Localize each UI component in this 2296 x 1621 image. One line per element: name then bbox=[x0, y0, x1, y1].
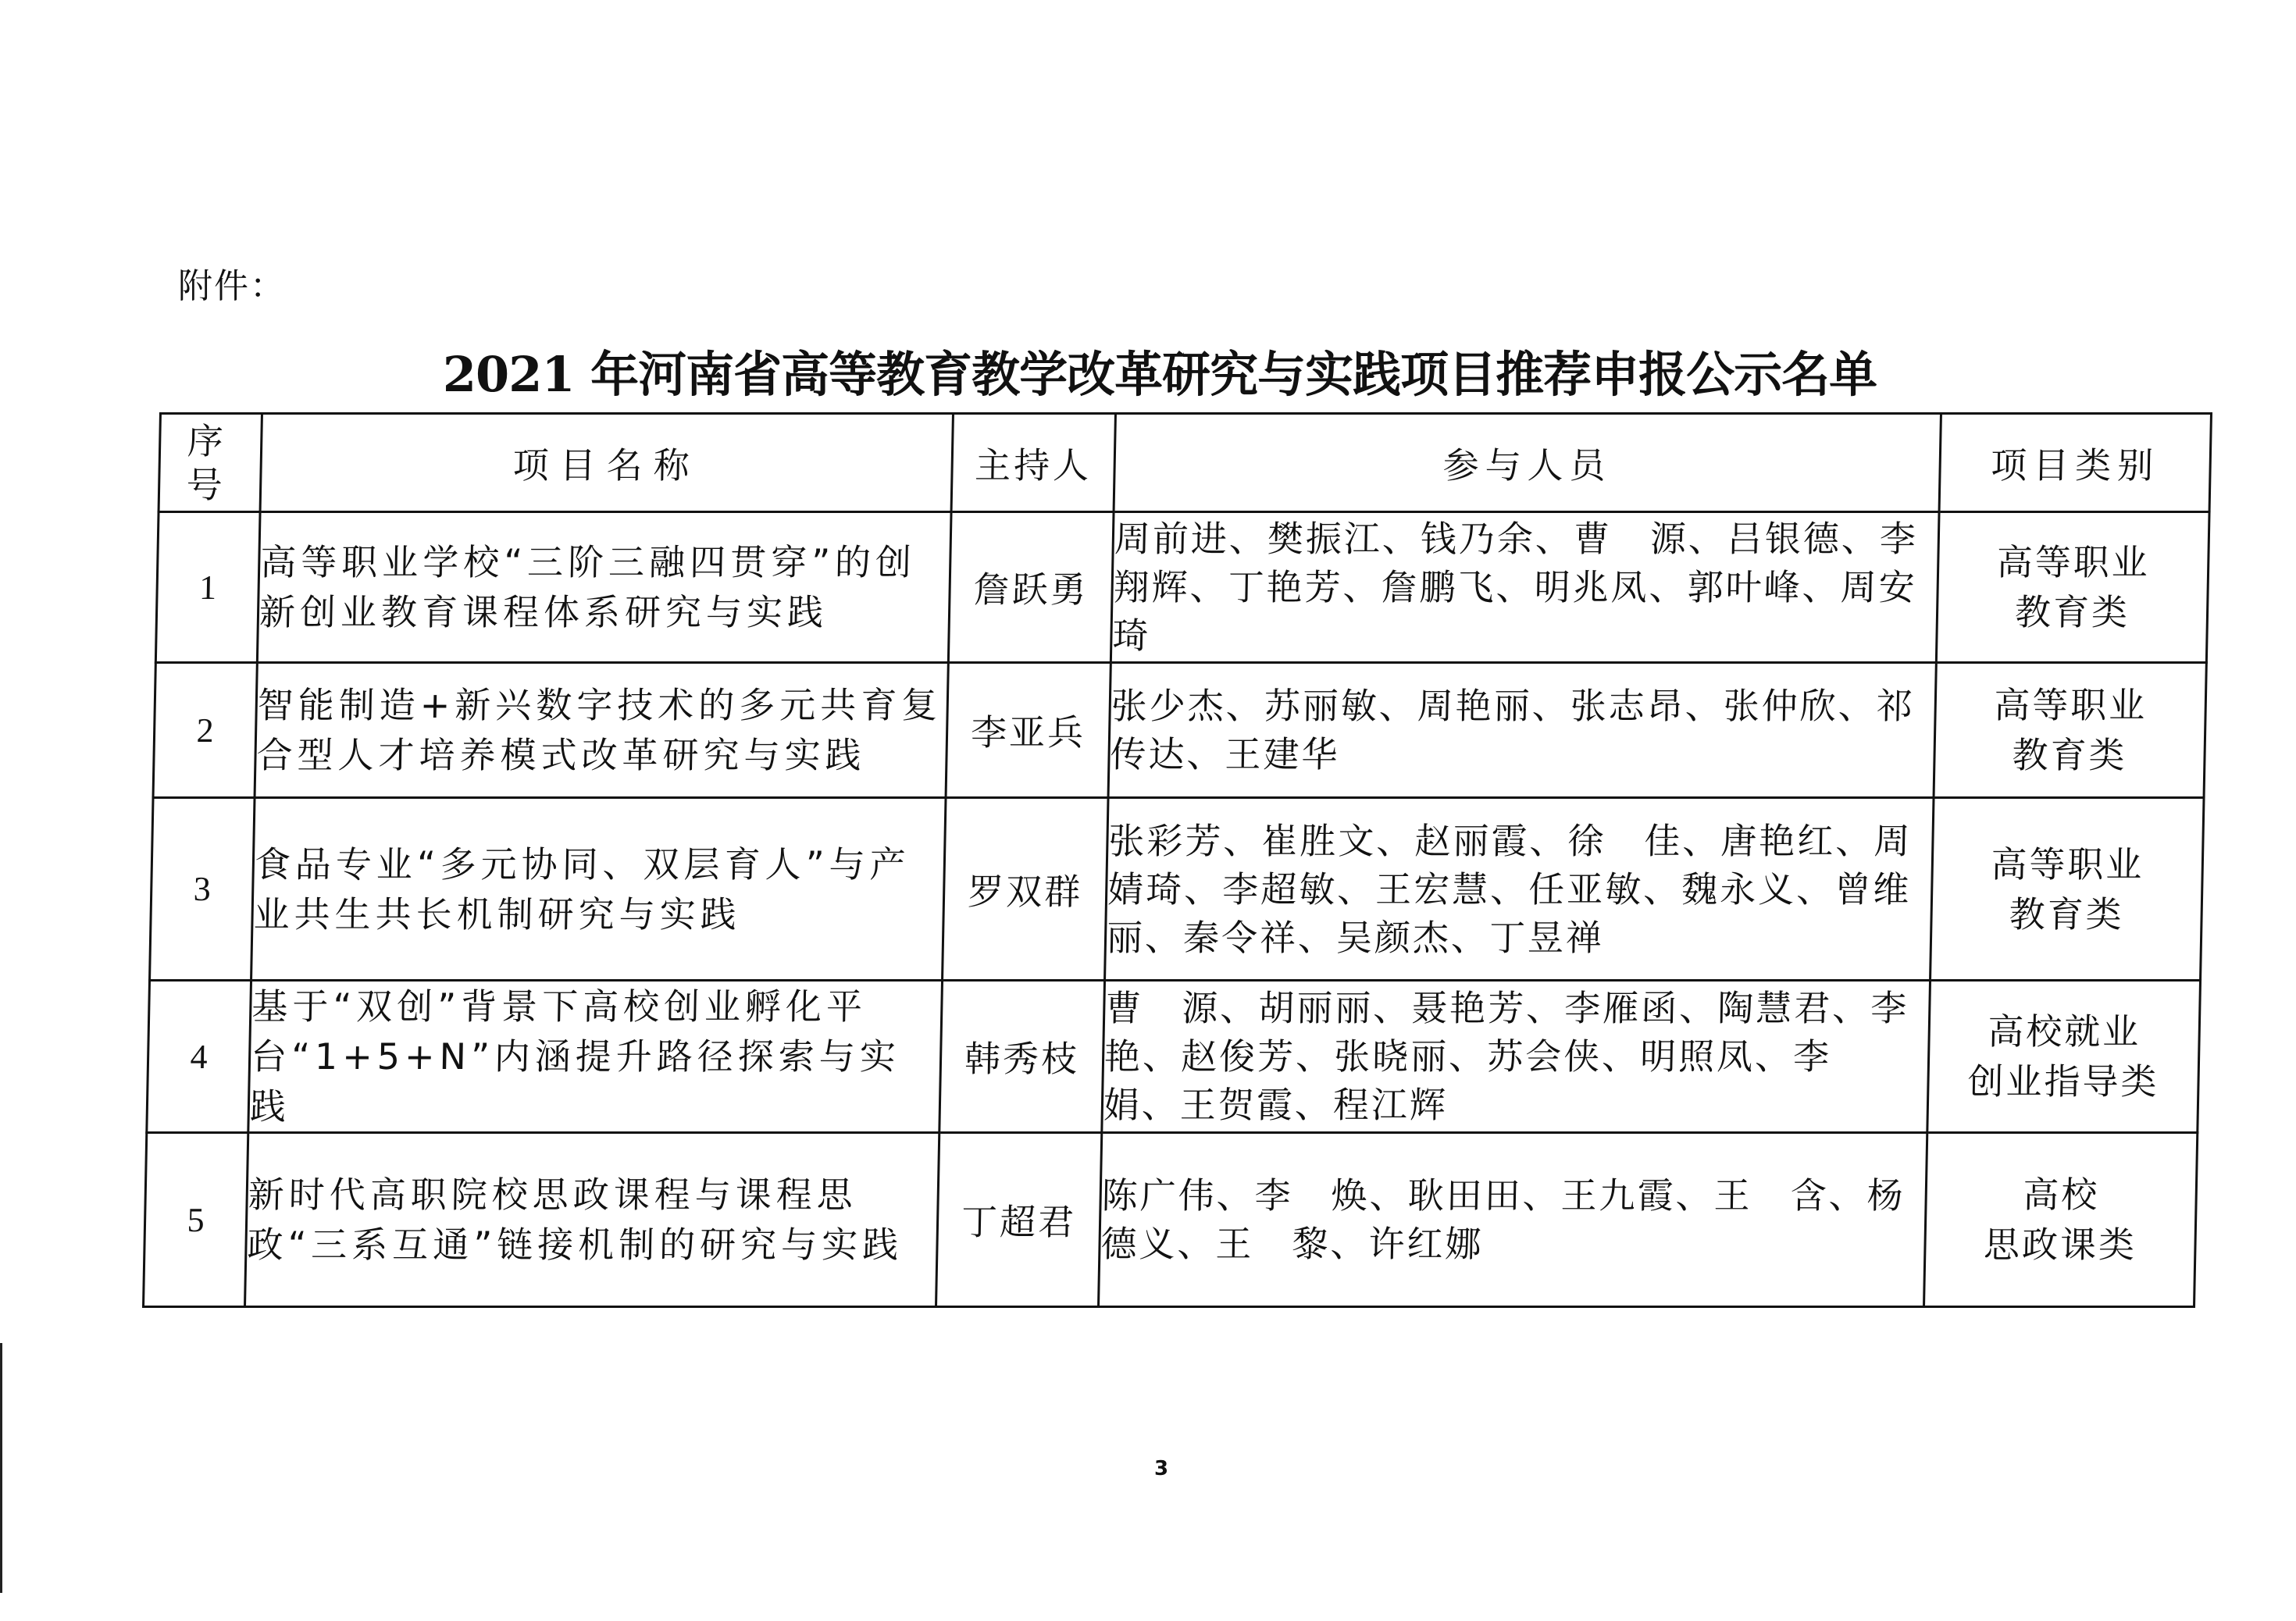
row-category: 高等职业 教育类 bbox=[1936, 512, 2209, 663]
row-host: 李亚兵 bbox=[946, 663, 1111, 798]
header-host: 主持人 bbox=[951, 414, 1115, 512]
row-host: 詹跃勇 bbox=[948, 512, 1114, 663]
row-category-line1: 高等职业 bbox=[1933, 839, 2202, 889]
row-category: 高等职业 教育类 bbox=[1934, 663, 2206, 798]
row-category-line2: 教育类 bbox=[1935, 730, 2204, 780]
row-category: 高校就业 创业指导类 bbox=[1927, 981, 2201, 1133]
row-category-line1: 高等职业 bbox=[1936, 680, 2205, 730]
row-members: 张少杰、苏丽敏、周艳丽、张志昂、张仲欣、祁传达、王建华 bbox=[1108, 663, 1936, 798]
row-host: 韩秀枝 bbox=[939, 981, 1105, 1133]
header-members: 参与人员 bbox=[1114, 414, 1941, 512]
row-project-name: 食品专业“多元协同、双层育人”与产业共生共长机制研究与实践 bbox=[251, 798, 946, 981]
project-list-table: 序 号 项目名称 主持人 参与人员 项目类别 1 高等职业学校“三阶三融四贯穿”… bbox=[142, 412, 2212, 1308]
row-project-name: 新时代高职院校思政课程与课程思政“三系互通”链接机制的研究与实践 bbox=[245, 1133, 939, 1307]
table-row: 4 基于“双创”背景下高校创业孵化平台“1+5+N”内涵提升路径探索与实践 韩秀… bbox=[147, 981, 2201, 1133]
header-project-name: 项目名称 bbox=[260, 414, 953, 512]
document-title: 2021 年河南省高等教育教学改革研究与实践项目推荐申报公示名单 bbox=[0, 336, 2296, 405]
row-project-name: 智能制造+新兴数字技术的多元共育复合型人才培养模式改革研究与实践 bbox=[255, 663, 948, 798]
header-seq-line2: 号 bbox=[160, 463, 260, 507]
row-seq: 1 bbox=[155, 512, 260, 663]
table-row: 5 新时代高职院校思政课程与课程思政“三系互通”链接机制的研究与实践 丁超君 陈… bbox=[144, 1133, 2198, 1307]
header-seq-line1: 序 bbox=[161, 419, 261, 463]
row-members: 陈广伟、李 焕、耿田田、王九霞、王 含、杨德义、王 黎、许红娜 bbox=[1099, 1133, 1927, 1307]
row-seq: 4 bbox=[147, 981, 251, 1133]
row-project-name: 高等职业学校“三阶三融四贯穿”的创新创业教育课程体系研究与实践 bbox=[257, 512, 951, 663]
row-project-name: 基于“双创”背景下高校创业孵化平台“1+5+N”内涵提升路径探索与实践 bbox=[248, 981, 943, 1133]
row-seq: 5 bbox=[144, 1133, 248, 1307]
row-category-line1: 高等职业 bbox=[1939, 537, 2208, 587]
row-category-line1: 高校 bbox=[1927, 1170, 2195, 1220]
row-category: 高校 思政课类 bbox=[1924, 1133, 2198, 1307]
row-host: 罗双群 bbox=[943, 798, 1108, 981]
row-seq: 3 bbox=[150, 798, 255, 981]
row-members: 张彩芳、崔胜文、赵丽霞、徐 佳、唐艳红、周婧琦、李超敏、王宏慧、任亚敏、魏永义、… bbox=[1105, 798, 1934, 981]
table-row: 1 高等职业学校“三阶三融四贯穿”的创新创业教育课程体系研究与实践 詹跃勇 周前… bbox=[155, 512, 2209, 663]
table-row: 3 食品专业“多元协同、双层育人”与产业共生共长机制研究与实践 罗双群 张彩芳、… bbox=[150, 798, 2204, 981]
row-category: 高等职业 教育类 bbox=[1931, 798, 2204, 981]
header-seq: 序 号 bbox=[159, 414, 262, 512]
row-category-line2: 教育类 bbox=[1932, 889, 2201, 939]
page-number: 3 bbox=[1154, 1457, 1168, 1480]
row-host: 丁超君 bbox=[936, 1133, 1102, 1307]
table-header-row: 序 号 项目名称 主持人 参与人员 项目类别 bbox=[159, 414, 2211, 512]
header-category: 项目类别 bbox=[1939, 414, 2211, 512]
row-members: 曹 源、胡丽丽、聂艳芳、李雁函、陶慧君、李 艳、赵俊芳、张晓丽、苏会侠、明照凤、… bbox=[1102, 981, 1931, 1133]
table-row: 2 智能制造+新兴数字技术的多元共育复合型人才培养模式改革研究与实践 李亚兵 张… bbox=[153, 663, 2206, 798]
row-seq: 2 bbox=[153, 663, 257, 798]
row-category-line2: 思政课类 bbox=[1926, 1220, 2194, 1270]
scan-edge-artifact bbox=[0, 1343, 2, 1593]
row-category-line2: 教育类 bbox=[1938, 587, 2206, 637]
row-members: 周前进、樊振江、钱乃余、曹 源、吕银德、李翔辉、丁艳芳、詹鹏飞、明兆凤、郭叶峰、… bbox=[1111, 512, 1939, 663]
row-category-line2: 创业指导类 bbox=[1929, 1056, 2198, 1106]
attachment-label: 附件： bbox=[178, 258, 286, 308]
row-category-line1: 高校就业 bbox=[1930, 1006, 2198, 1056]
